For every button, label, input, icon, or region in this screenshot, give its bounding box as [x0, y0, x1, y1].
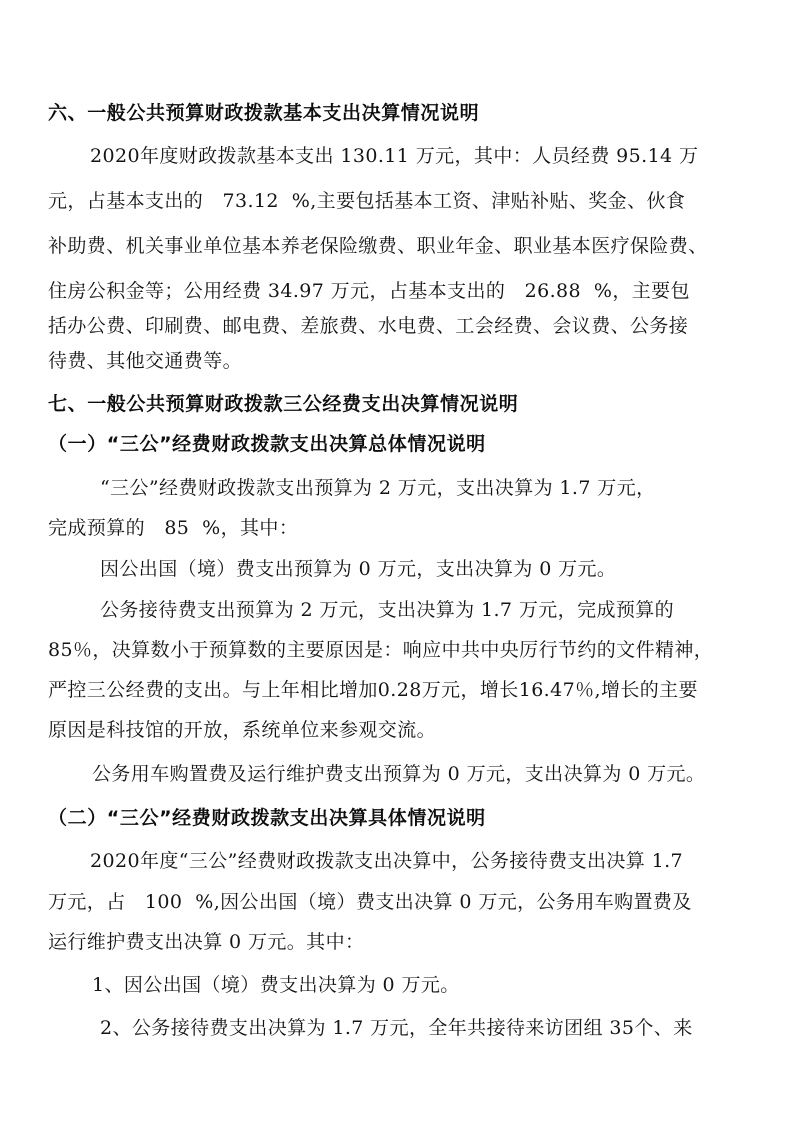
subsection-1-paragraph-line: 85％，决算数小于预算数的主要原因是：响应中共中央厉行节约的文件精神， [48, 637, 713, 663]
section-7-heading: 七、一般公共预算财政拨款三公经费支出决算情况说明 [48, 391, 518, 417]
section-6-paragraph-line: 补助费、机关事业单位基本养老保险缴费、职业年金、职业基本医疗保险费、 [48, 233, 708, 259]
section-6-paragraph-line: 2020年度财政拨款基本支出 130.11 万元，其中：人员经费 95.14 万 [90, 143, 698, 169]
subsection-2-paragraph-line: 万元，占 100 %,因公出国（境）费支出决算 0 万元，公务用车购置费及 [48, 889, 692, 915]
subsection-1-paragraph-line: 原因是科技馆的开放，系统单位来参观交流。 [48, 717, 436, 743]
subsection-1-paragraph-line: 公务接待费支出预算为 2 万元，支出决算为 1.7 万元，完成预算的 [100, 597, 674, 623]
section-6-heading: 六、一般公共预算财政拨款基本支出决算情况说明 [48, 100, 479, 126]
subsection-1-heading: （一）“三公”经费财政拨款支出决算总体情况说明 [48, 431, 486, 457]
subsection-1-paragraph-line: 严控三公经费的支出。与上年相比增加0.28万元，增长16.47％,增长的主要 [48, 677, 698, 703]
subsection-1-paragraph-line: 因公出国（境）费支出预算为 0 万元，支出决算为 0 万元。 [100, 556, 616, 582]
section-6-paragraph-line: 待费、其他交通费等。 [48, 348, 242, 374]
section-6-paragraph-line: 元，占基本支出的 73.12 %,主要包括基本工资、津贴补贴、奖金、伙食 [48, 188, 685, 214]
section-6-paragraph-line: 住房公积金等；公用经费 34.97 万元，占基本支出的 26.88 %，主要包 [48, 278, 690, 304]
subsection-2-list-item: 2、公务接待费支出决算为 1.7 万元，全年共接待来访团组 35个、来 [100, 1015, 693, 1041]
subsection-1-paragraph-line: 完成预算的 85 %，其中： [48, 515, 298, 541]
subsection-1-paragraph-line: 公务用车购置费及运行维护费支出预算为 0 万元，支出决算为 0 万元。 [92, 761, 705, 787]
section-6-paragraph-line: 括办公费、印刷费、邮电费、差旅费、水电费、工会经费、会议费、公务接 [48, 313, 688, 339]
subsection-2-list-item: 1、因公出国（境）费支出决算为 0 万元。 [92, 972, 460, 998]
subsection-2-paragraph-line: 运行维护费支出决算 0 万元。其中： [48, 929, 364, 955]
document-page: 六、一般公共预算财政拨款基本支出决算情况说明 2020年度财政拨款基本支出 13… [0, 0, 793, 1122]
subsection-1-paragraph-line: “三公”经费财政拨款支出预算为 2 万元，支出决算为 1.7 万元， [100, 475, 656, 501]
subsection-2-heading: （二）“三公”经费财政拨款支出决算具体情况说明 [48, 805, 486, 831]
subsection-2-paragraph-line: 2020年度“三公”经费财政拨款支出决算中，公务接待费支出决算 1.7 [90, 848, 683, 874]
